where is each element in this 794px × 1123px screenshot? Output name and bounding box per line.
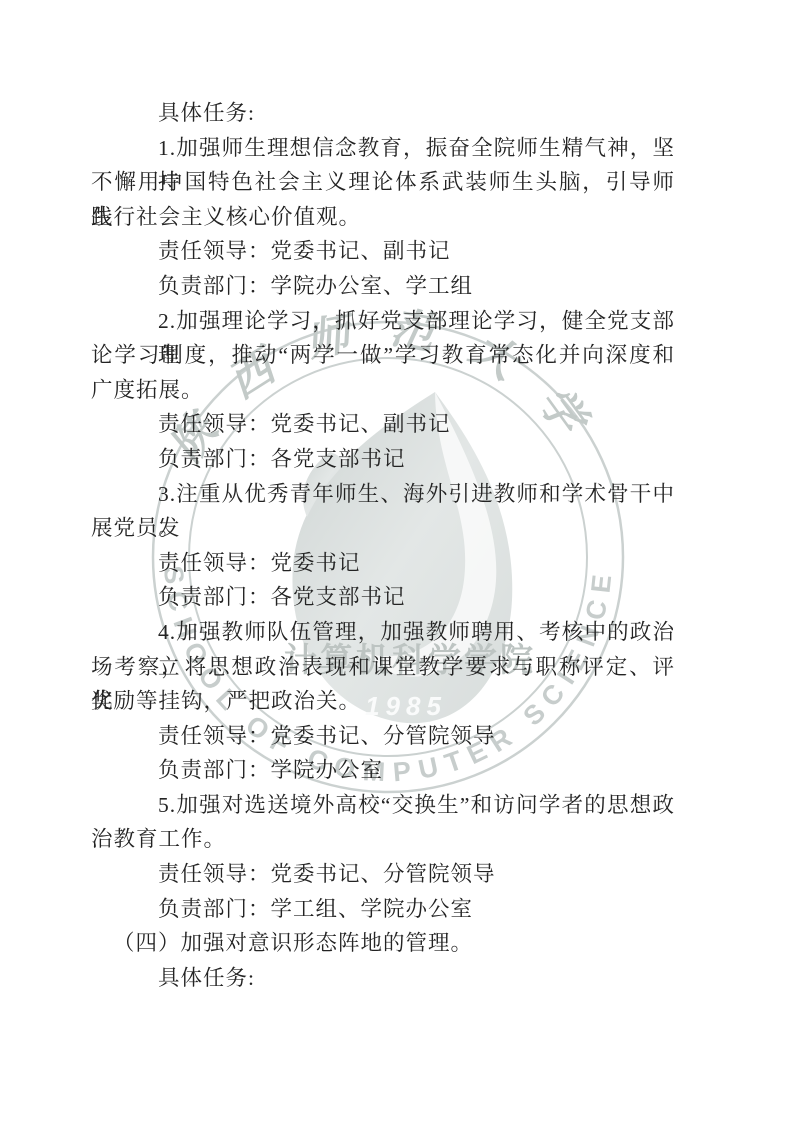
a4-page: 陕西师范大学 SCHOOL OF COMPUTER SCIENCE 计算机科学学… — [0, 0, 794, 1123]
text-line: 3.注重从优秀青年师生、海外引进教师和学术骨干中发 — [91, 477, 675, 512]
text-line: 2.加强理论学习，抓好党支部理论学习，健全党支部理 — [91, 304, 675, 339]
text-line: 具体任务: — [91, 961, 675, 996]
text-line: 负责部门：学院办公室 — [91, 753, 675, 788]
text-line: 4.加强教师队伍管理，加强教师聘用、考核中的政治立 — [91, 615, 675, 650]
text-line: 1.加强师生理想信念教育，振奋全院师生精气神，坚持 — [91, 131, 675, 166]
text-line: 奖励等挂钩，严把政治关。 — [91, 684, 675, 719]
text-line: 责任领导：党委书记、副书记 — [91, 234, 675, 269]
text-line: （四）加强对意识形态阵地的管理。 — [91, 926, 675, 961]
text-line: 负责部门：学院办公室、学工组 — [91, 269, 675, 304]
text-line: 负责部门：各党支部书记 — [91, 442, 675, 477]
text-line: 责任领导：党委书记、分管院领导 — [91, 719, 675, 754]
text-line: 责任领导：党委书记、副书记 — [91, 407, 675, 442]
text-line: 场考察，将思想政治表现和课堂教学要求与职称评定、评优 — [91, 650, 675, 685]
document-text: 具体任务:1.加强师生理想信念教育，振奋全院师生精气神，坚持不懈用中国特色社会主… — [91, 96, 675, 995]
text-line: 负责部门：学工组、学院办公室 — [91, 892, 675, 927]
text-line: 践行社会主义核心价值观。 — [91, 200, 675, 235]
text-line: 广度拓展。 — [91, 373, 675, 408]
text-line: 责任领导：党委书记、分管院领导 — [91, 857, 675, 892]
text-line: 具体任务: — [91, 96, 675, 131]
text-line: 负责部门：各党支部书记 — [91, 580, 675, 615]
text-line: 治教育工作。 — [91, 822, 675, 857]
text-line: 责任领导：党委书记 — [91, 546, 675, 581]
text-line: 5.加强对选送境外高校“交换生”和访问学者的思想政 — [91, 788, 675, 823]
text-line: 展党员。 — [91, 511, 675, 546]
text-line: 不懈用中国特色社会主义理论体系武装师生头脑，引导师生 — [91, 165, 675, 200]
text-line: 论学习制度，推动“两学一做”学习教育常态化并向深度和 — [91, 338, 675, 373]
